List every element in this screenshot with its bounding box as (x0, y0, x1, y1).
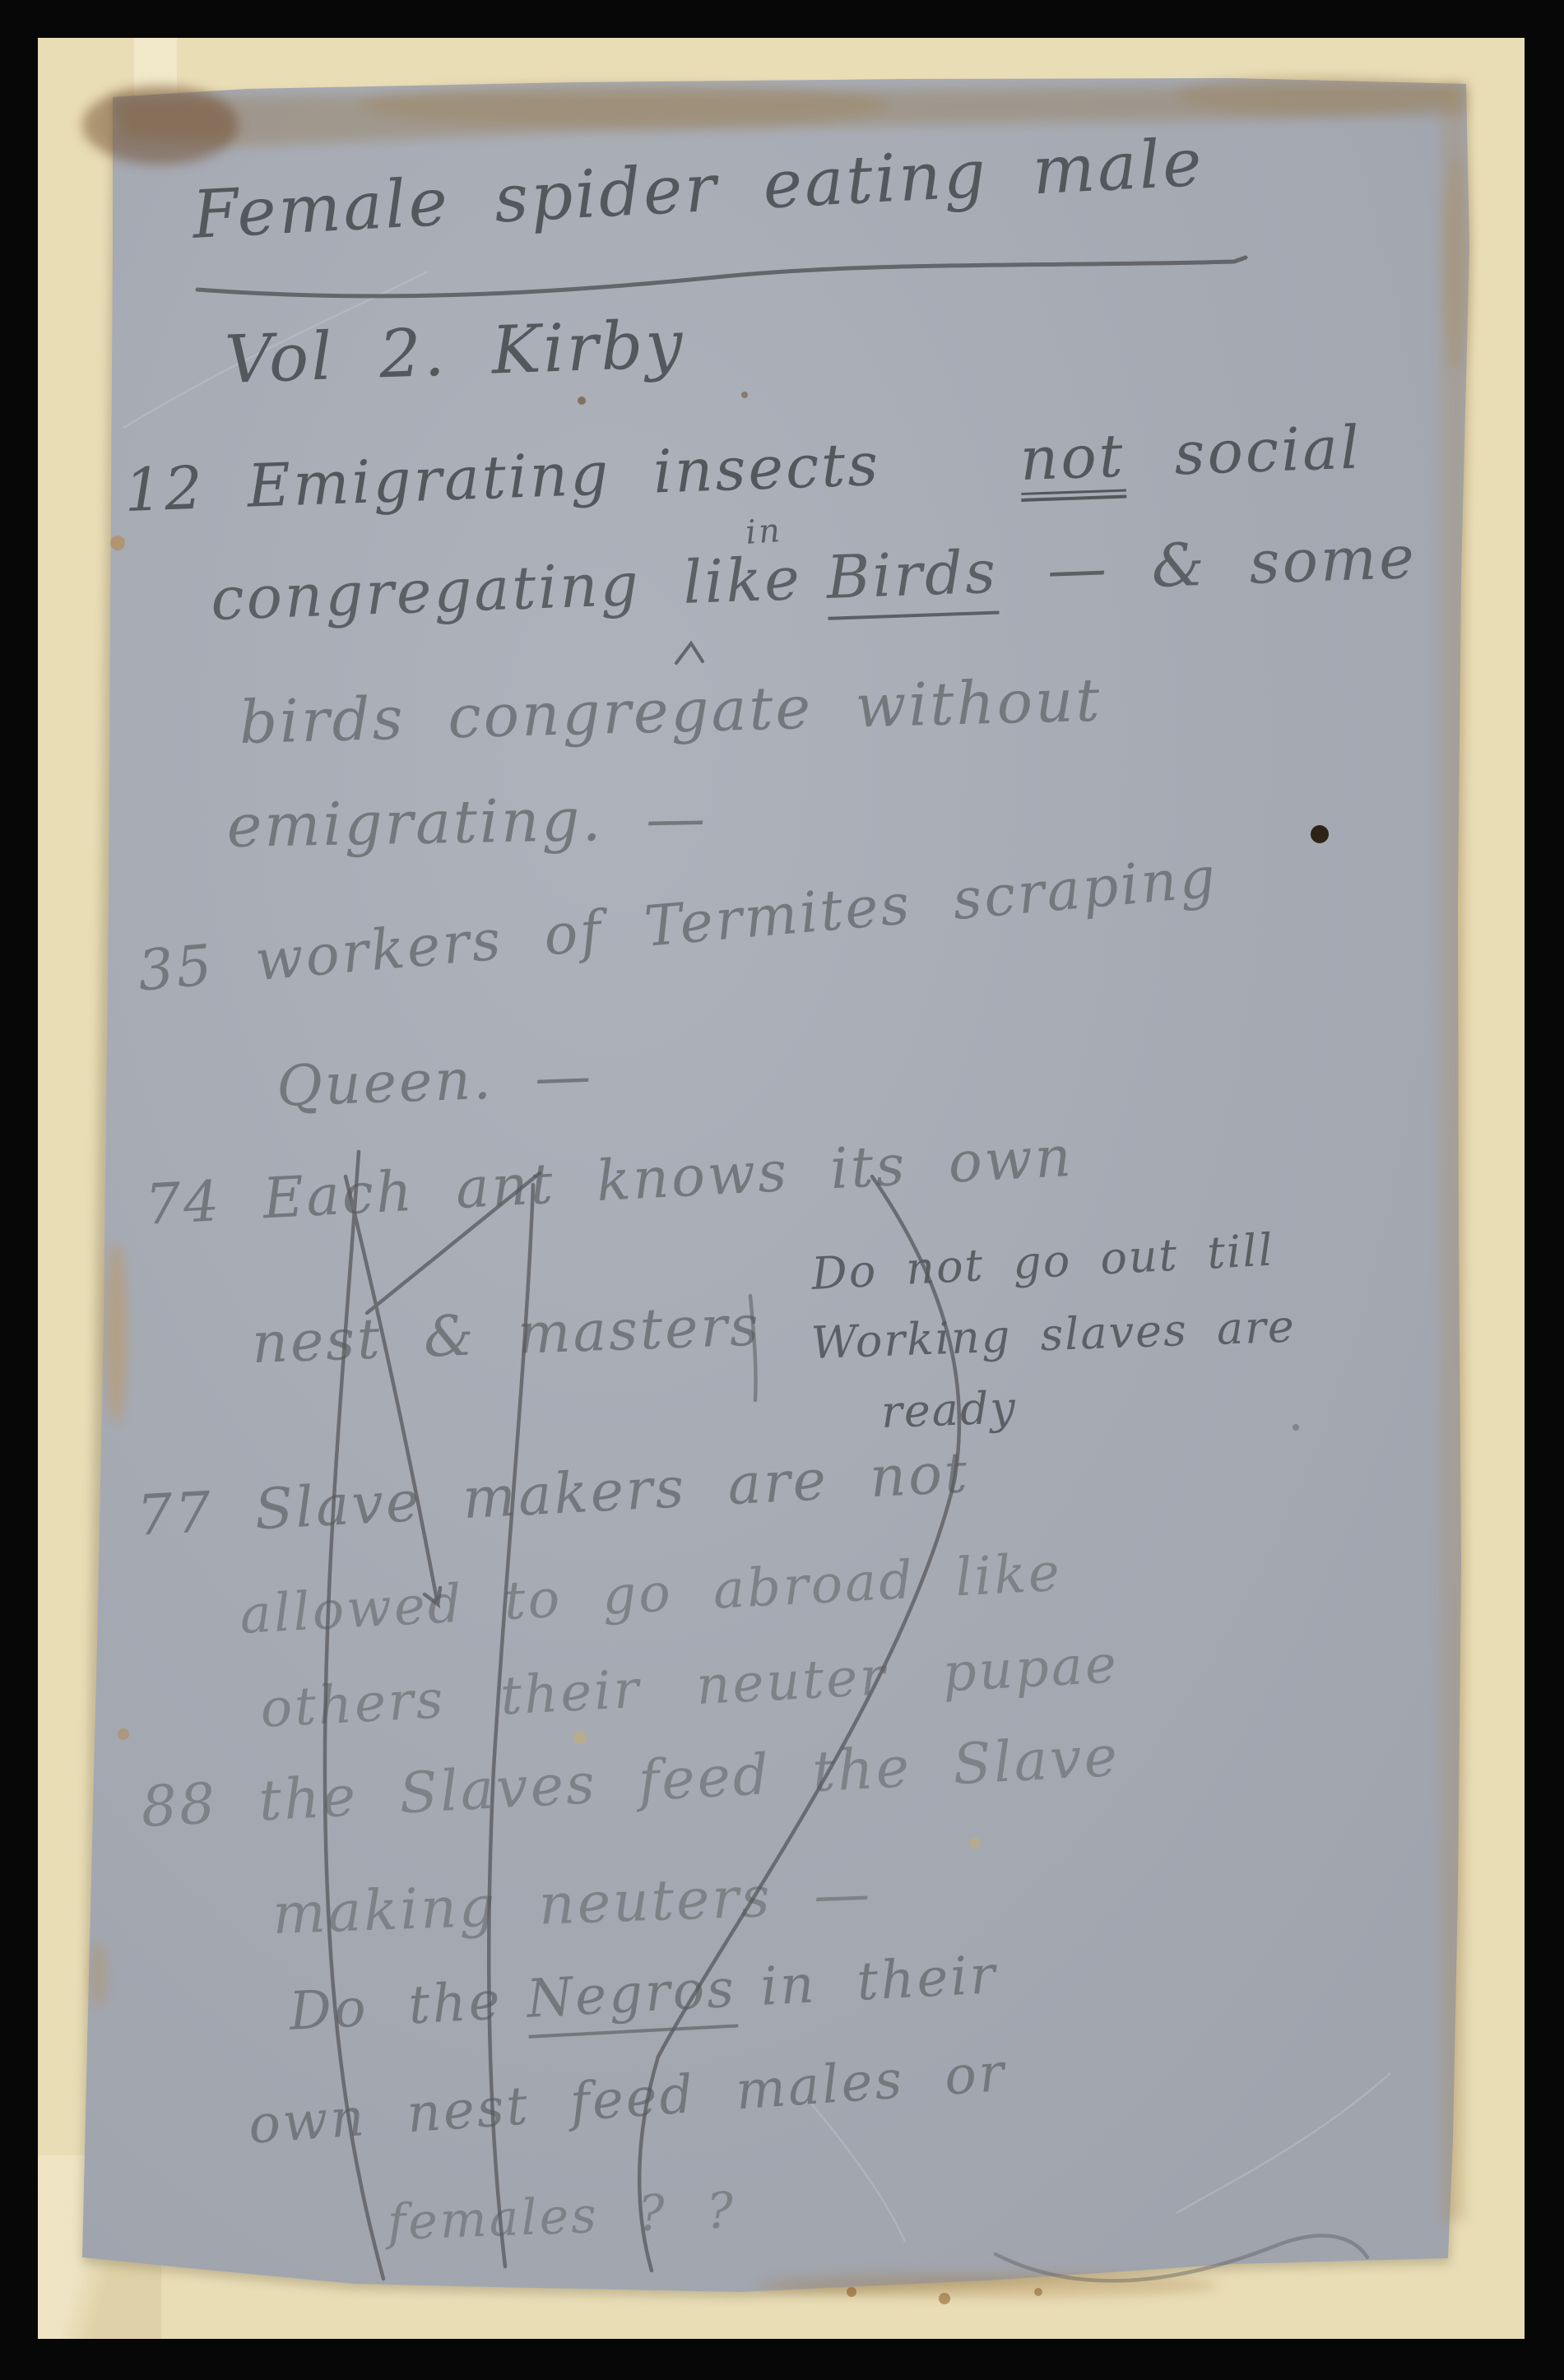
title-underline (197, 257, 1246, 296)
scanned-page: Female spider eating male Vol 2. Kirby 1… (0, 0, 1564, 2380)
pencil-marks (0, 0, 1564, 2380)
insertion-caret (676, 643, 703, 663)
strike-through-marks (325, 1152, 1367, 2280)
